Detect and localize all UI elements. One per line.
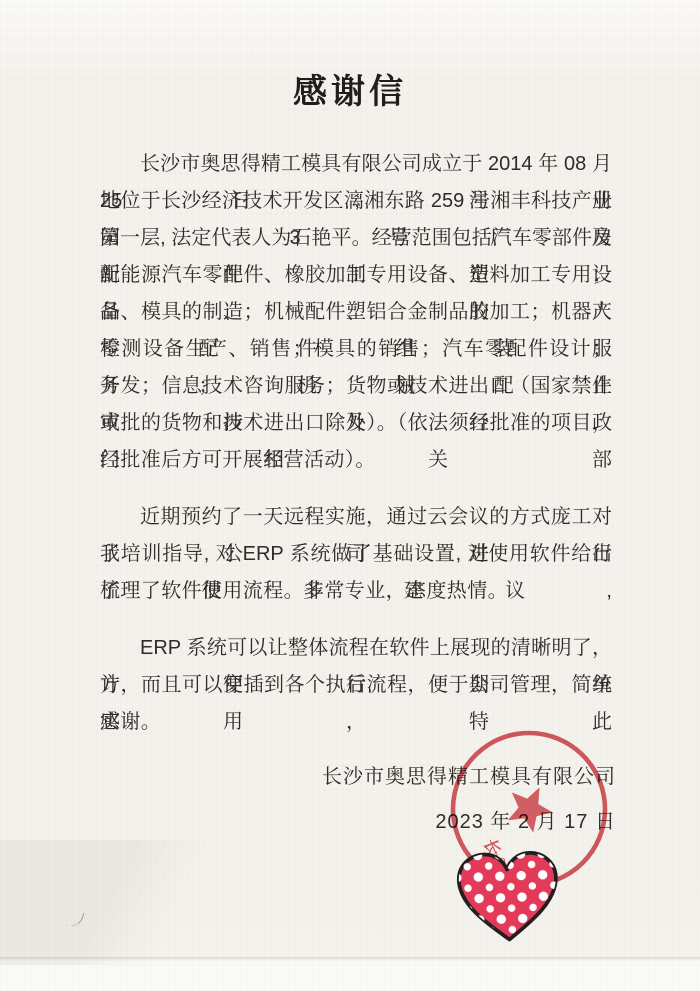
text-line: 计，而且可以穿插到各个执行流程，便于公司管理，简单实用，特此 xyxy=(100,667,612,704)
paper-bottom-edge xyxy=(0,957,700,961)
text-line: 近期预约了一天远程实施，通过云会议的方式庞工对我公司进行 xyxy=(100,499,612,536)
text-line: 开发；信息技术咨询服务；货物或技术进出口（国家禁止或涉及行政 xyxy=(100,368,612,405)
paper-shadow xyxy=(0,840,290,965)
text-line: 审批的货物和技术进出口除外）。（依法须经批准的项目，经相关部 xyxy=(100,405,612,442)
text-line: 第一层, 法定代表人为石艳平。经营范围包括汽车零部件及配件制造； xyxy=(100,220,612,257)
paragraph-training: 近期预约了一天远程实施，通过云会议的方式庞工对我公司进行 了培训指导, 对 ER… xyxy=(100,499,612,610)
text-line: 检测设备生产、销售；模具的销售；汽车零配件设计服务；机械配件 xyxy=(100,331,612,368)
pen-mark xyxy=(71,911,84,928)
text-line: 地位于长沙经济技术开发区漓湘东路 259 号湘丰科技产业园 3 号厂房 xyxy=(100,183,612,220)
letter-title: 感谢信 xyxy=(0,0,700,110)
heart-sticker-icon xyxy=(450,847,565,948)
star-icon xyxy=(500,777,560,836)
text-line: ERP 系统可以让整体流程在软件上展现的清晰明了，方便后期统 xyxy=(100,630,612,667)
paragraph-company-intro: 长沙市奥思得精工模具有限公司成立于 2014 年 08 月 25 日, 注册 地… xyxy=(100,146,612,479)
scanned-letter-page: 感谢信 长沙市奥思得精工模具有限公司成立于 2014 年 08 月 25 日, … xyxy=(0,0,700,991)
letter-body: 长沙市奥思得精工模具有限公司成立于 2014 年 08 月 25 日, 注册 地… xyxy=(100,146,612,741)
text-line: 长沙市奥思得精工模具有限公司成立于 2014 年 08 月 25 日, 注册 xyxy=(100,146,612,183)
text-line: 新能源汽车零配件、橡胶加工专用设备、塑料加工专用设备、塑胶产 xyxy=(100,257,612,294)
text-line: 了培训指导, 对 ERP 系统做了基础设置, 对使用软件给出了很多建议, xyxy=(100,536,612,573)
text-line: 品、模具的制造；机械配件、铝合金制品的加工；机器人零配件组装； xyxy=(100,294,612,331)
